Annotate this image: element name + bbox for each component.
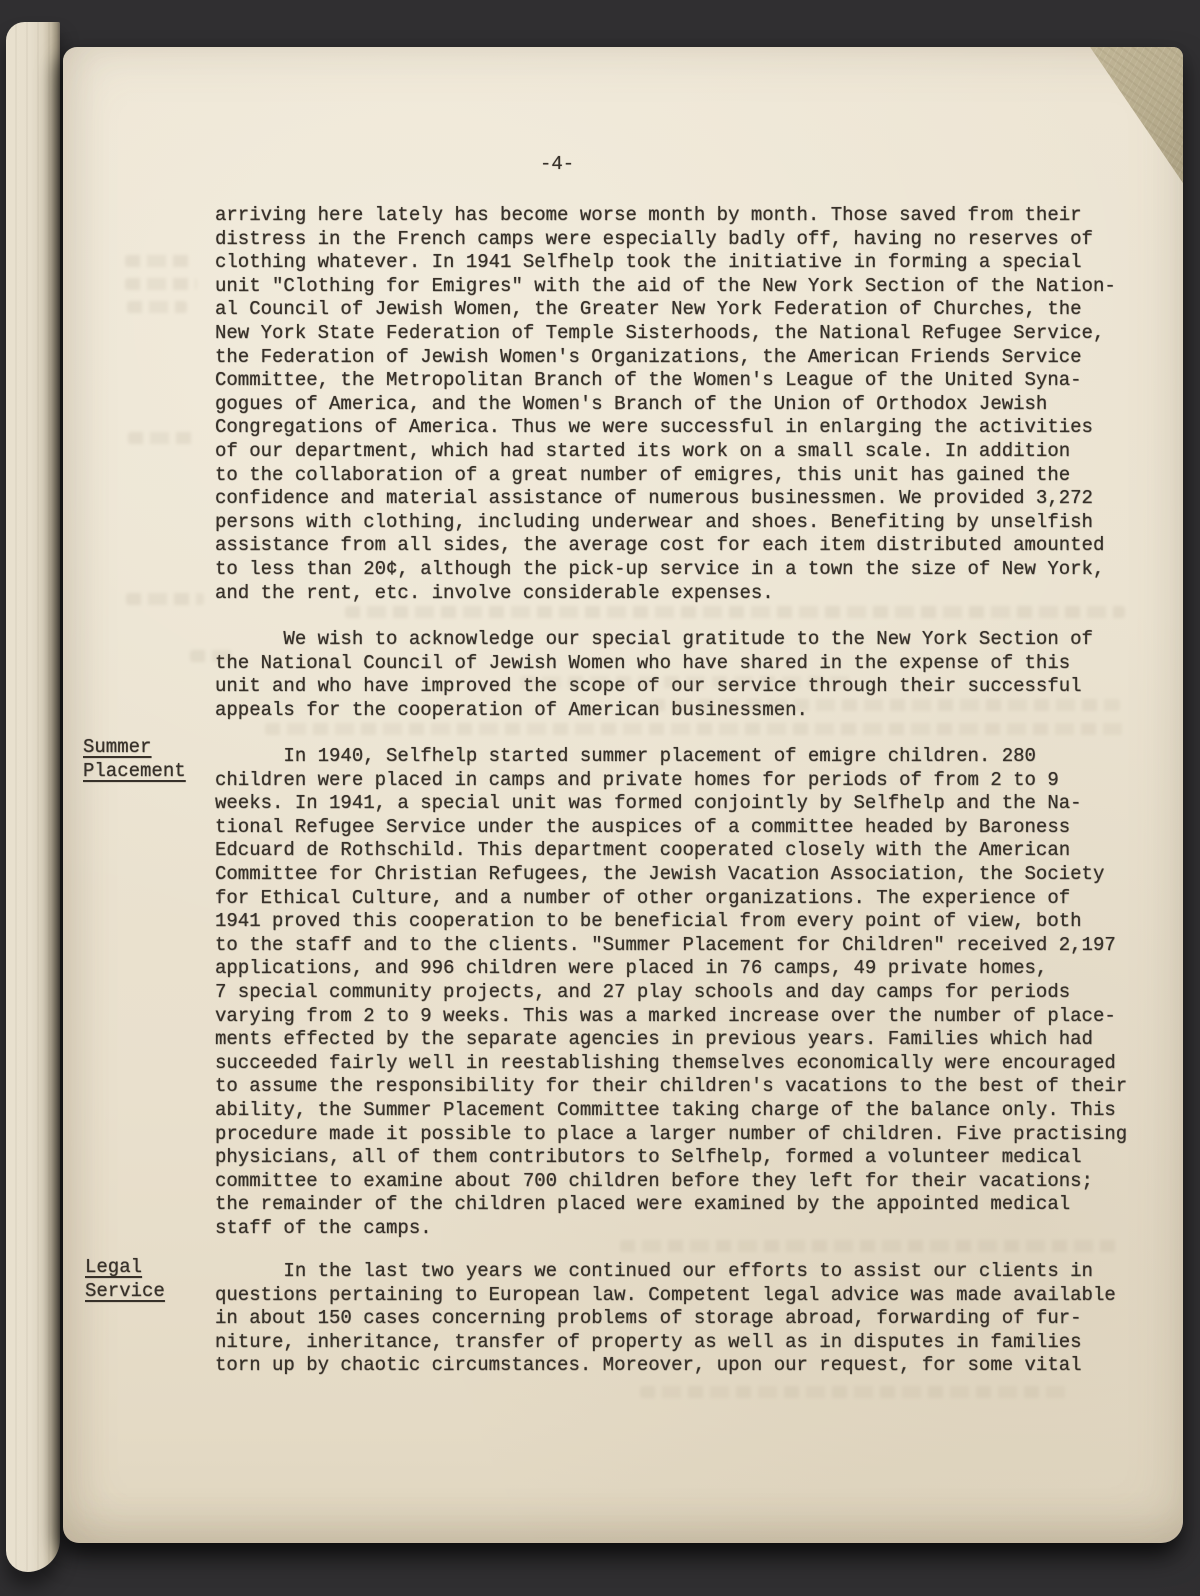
bleedthrough-smudge bbox=[640, 1386, 1070, 1398]
scanned-book-photo: -4- arriving here lately has become wors… bbox=[0, 0, 1200, 1596]
bleedthrough-smudge bbox=[128, 432, 198, 444]
bleedthrough-smudge bbox=[125, 255, 190, 267]
bleedthrough-smudge bbox=[620, 1240, 1120, 1252]
margin-label-legal-service: Legal Service bbox=[85, 1256, 165, 1303]
page-number: -4- bbox=[540, 153, 574, 177]
paragraph-clothing-unit: arriving here lately has become worse mo… bbox=[215, 204, 1116, 605]
margin-label-line: Placement bbox=[83, 760, 186, 784]
bleedthrough-smudge bbox=[127, 301, 187, 313]
margin-label-line: Service bbox=[85, 1280, 165, 1304]
paragraph-legal-service: In the last two years we continued our e… bbox=[215, 1260, 1116, 1378]
bleedthrough-smudge bbox=[265, 723, 1125, 735]
margin-label-line: Legal bbox=[85, 1256, 165, 1280]
torn-corner-underlay bbox=[1090, 47, 1183, 183]
bleedthrough-smudge bbox=[125, 278, 197, 290]
margin-label-summer-placement: Summer Placement bbox=[83, 736, 186, 783]
bleedthrough-smudge bbox=[126, 593, 204, 605]
paragraph-gratitude: We wish to acknowledge our special grati… bbox=[215, 628, 1093, 722]
document-page: -4- arriving here lately has become wors… bbox=[63, 47, 1183, 1543]
page-stack-edge bbox=[6, 22, 60, 1572]
margin-label-line: Summer bbox=[83, 736, 186, 760]
bleedthrough-smudge bbox=[345, 606, 1125, 618]
paragraph-summer-placement: In 1940, Selfhelp started summer placeme… bbox=[215, 745, 1127, 1240]
